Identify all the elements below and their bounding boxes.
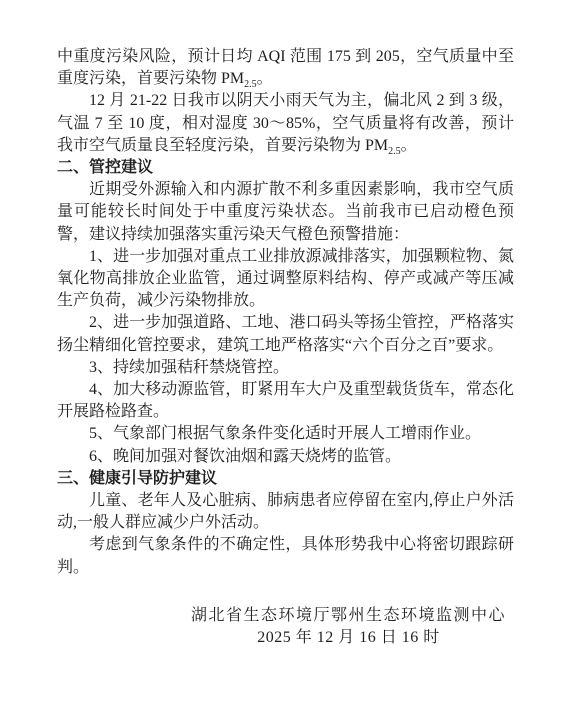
section-heading-health-guidance: 三、健康引导防护建议 [57,468,514,490]
paragraph-uncertainty-note: 考虑到气象条件的不确定性，具体形势我中心将密切跟踪研判。 [57,534,514,578]
signature-datetime: 2025 年 12 月 16 日 16 时 [191,627,506,649]
paragraph-text: 中重度污染风险，预计日均 AQI 范围 175 到 205，空气质量中至重度污染… [57,48,514,87]
pm25-subscript: 2.5 [244,79,257,90]
paragraph-text: 。 [401,137,417,154]
list-item-bbq-supervision: 6、晚间加强对餐饮油烟和露天烧烤的监管。 [57,446,514,468]
signature-organization: 湖北省生态环境厅鄂州生态环境监测中心 [191,605,506,627]
signature-inner: 湖北省生态环境厅鄂州生态环境监测中心 2025 年 12 月 16 日 16 时 [191,605,506,649]
paragraph-health-advice: 儿童、老年人及心脏病、肺病患者应停留在室内,停止户外活动,一般人群应减少户外活动… [57,490,514,534]
section-heading-control-suggestions: 二、管控建议 [57,157,514,179]
list-item-artificial-rain: 5、气象部门根据气象条件变化适时开展人工增雨作业。 [57,423,514,445]
list-item-mobile-source: 4、加大移动源监管，盯紧用车大户及重型载货货车，常态化开展路检路查。 [57,379,514,423]
paragraph-aqi-risk: 中重度污染风险，预计日均 AQI 范围 175 到 205，空气质量中至重度污染… [57,46,514,90]
paragraph-text: 。 [257,70,273,87]
list-item-industrial-emission: 1、进一步加强对重点工业排放源减排落实，加强颗粒物、氮氧化物高排放企业监管，通过… [57,246,514,313]
signature-block: 湖北省生态环境厅鄂州生态环境监测中心 2025 年 12 月 16 日 16 时 [57,605,514,649]
document-page: 中重度污染风险，预计日均 AQI 范围 175 到 205，空气质量中至重度污染… [0,0,571,714]
paragraph-text: 12 月 21-22 日我市以阴天小雨天气为主，偏北风 2 到 3 级，气温 7… [57,92,514,153]
list-item-dust-control: 2、进一步加强道路、工地、港口码头等扬尘管控，严格落实扬尘精细化管控要求，建筑工… [57,312,514,356]
pm25-subscript: 2.5 [388,146,401,157]
list-item-straw-burning: 3、持续加强秸秆禁烧管控。 [57,357,514,379]
paragraph-weather-forecast: 12 月 21-22 日我市以阴天小雨天气为主，偏北风 2 到 3 级，气温 7… [57,90,514,157]
paragraph-section2-intro: 近期受外源输入和内源扩散不利多重因素影响，我市空气质量可能较长时间处于中重度污染… [57,179,514,246]
